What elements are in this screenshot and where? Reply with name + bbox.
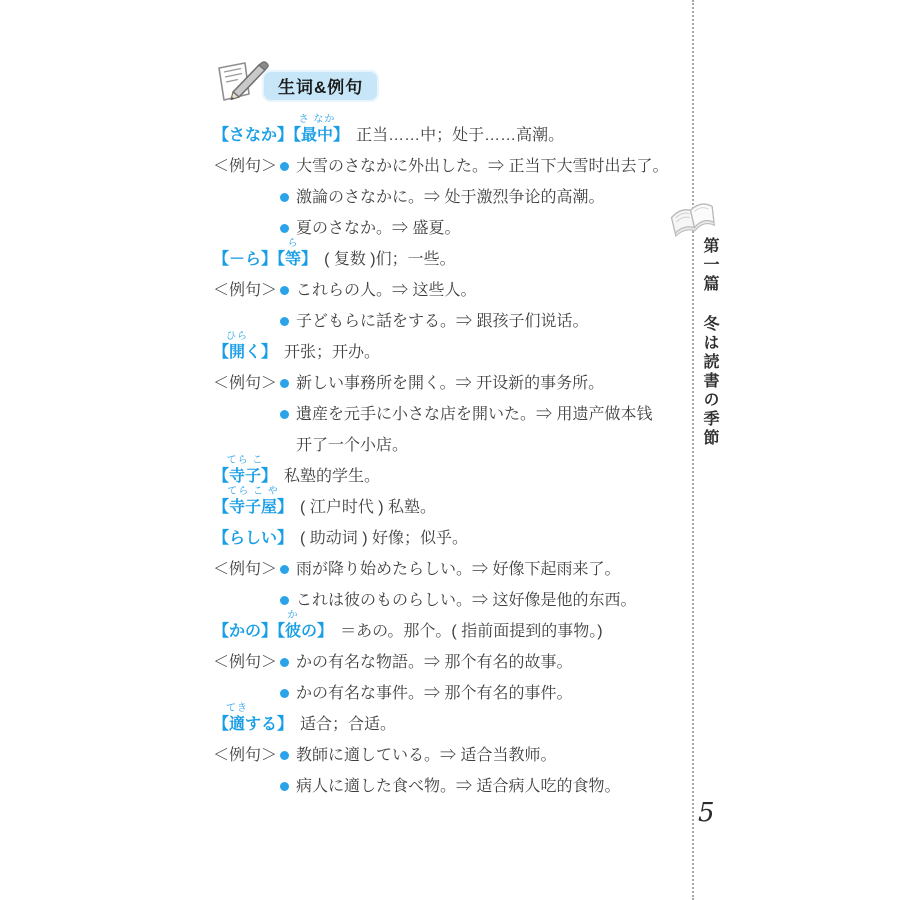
bullet-dot-icon <box>280 286 289 295</box>
definition: 开张；开办。 <box>284 344 380 361</box>
entry-headline: 【らしい】( 助动词 ) 好像；似乎。 <box>213 523 673 554</box>
headword: 【てら こ寺子】 <box>213 468 277 485</box>
entry-headline: 【－ら】【ら等】( 复数 )们；一些。 <box>213 244 673 275</box>
example-text: 夏のさなか。⇒ 盛夏。 <box>296 220 460 237</box>
example-text: これは彼のものらしい。⇒ 这好像是他的东西。 <box>296 592 636 609</box>
section-header: 生词&例句 <box>213 58 673 108</box>
bullet-dot-icon <box>280 193 289 202</box>
example-line: 教師に適している。⇒ 适合当教师。 <box>279 740 673 771</box>
headword: 【ら等】 <box>277 251 317 268</box>
example-group: ＜例句＞ 雨が降り始めたらしい。⇒ 好像下起雨来了。 これは彼のものらしい。⇒ … <box>213 554 673 616</box>
example-text: 开了一个小店。 <box>296 437 408 454</box>
definition: 正当……中；处于……高潮。 <box>356 127 564 144</box>
example-group: ＜例句＞ 新しい事務所を開く。⇒ 开设新的事务所。 遺産を元手に小さな店を開いた… <box>213 368 673 461</box>
headword: 【てき適する】 <box>213 716 293 733</box>
bullet-dot-icon <box>280 379 289 388</box>
example-line: 新しい事務所を開く。⇒ 开设新的事务所。 <box>279 368 673 399</box>
example-label: ＜例句＞ <box>213 647 279 709</box>
example-label: ＜例句＞ <box>213 740 279 802</box>
example-label: ＜例句＞ <box>213 275 279 337</box>
bullet-dot-icon <box>280 782 289 791</box>
bullet-dot-icon <box>280 224 289 233</box>
example-text: かの有名な事件。⇒ 那个有名的事件。 <box>296 685 572 702</box>
furigana: てき <box>226 704 248 714</box>
furigana: ひら <box>226 332 248 342</box>
headword: 【さ なか最中】 <box>293 127 349 144</box>
example-text: 激論のさなかに。⇒ 处于激烈争论的高潮。 <box>296 189 604 206</box>
main-content: 生词&例句 【さなか】【さ なか最中】正当……中；处于……高潮。 ＜例句＞ 大雪… <box>213 58 673 802</box>
example-group: ＜例句＞ 大雪のさなかに外出した。⇒ 正当下大雪时出去了。 激論のさなかに。⇒ … <box>213 151 673 244</box>
definition: 私塾的学生。 <box>284 468 380 485</box>
example-label: ＜例句＞ <box>213 368 279 461</box>
entry-headline: 【かの】【か彼の】＝あの。那个。( 指前面提到的事物。) <box>213 616 673 647</box>
headword: 【ひら開く】 <box>213 344 277 361</box>
example-text: 教師に適している。⇒ 适合当教师。 <box>296 747 556 764</box>
example-line: 激論のさなかに。⇒ 处于激烈争论的高潮。 <box>279 182 673 213</box>
example-label: ＜例句＞ <box>213 151 279 244</box>
entry-headline: 【てら こ や寺子屋】( 江户时代 ) 私塾。 <box>213 492 673 523</box>
book-page: 生词&例句 【さなか】【さ なか最中】正当……中；处于……高潮。 ＜例句＞ 大雪… <box>0 0 900 900</box>
example-line: 遺産を元手に小さな店を開いた。⇒ 用遗产做本钱 <box>279 399 673 430</box>
example-line: かの有名な物語。⇒ 那个有名的故事。 <box>279 647 673 678</box>
example-line: 大雪のさなかに外出した。⇒ 正当下大雪时出去了。 <box>279 151 673 182</box>
furigana: てら こ <box>227 456 264 466</box>
example-label: ＜例句＞ <box>213 554 279 616</box>
example-group: ＜例句＞ これらの人。⇒ 这些人。 子どもらに話をする。⇒ 跟孩子们说话。 <box>213 275 673 337</box>
headword: 【てら こ や寺子屋】 <box>213 499 293 516</box>
example-text: 遺産を元手に小さな店を開いた。⇒ 用遗产做本钱 <box>296 406 652 423</box>
bullet-dot-icon <box>280 689 289 698</box>
bullet-dot-icon <box>280 410 289 419</box>
entry-headline: 【さなか】【さ なか最中】正当……中；处于……高潮。 <box>213 120 673 151</box>
headword: 【らしい】 <box>213 530 293 547</box>
headword: 【か彼の】 <box>277 623 333 640</box>
definition: 适合；合适。 <box>300 716 396 733</box>
furigana: さ なか <box>299 115 336 125</box>
example-line-continuation: 开了一个小店。 <box>279 430 673 461</box>
entry-headline: 【てら こ寺子】私塾的学生。 <box>213 461 673 492</box>
definition: ＝あの。那个。( 指前面提到的事物。) <box>340 623 602 640</box>
example-group: ＜例句＞ 教師に適している。⇒ 适合当教师。 病人に適した食べ物。⇒ 适合病人吃… <box>213 740 673 802</box>
section-badge: 生词&例句 <box>262 70 379 102</box>
bullet-dot-icon <box>280 751 289 760</box>
furigana: か <box>288 611 299 621</box>
example-text: 病人に適した食べ物。⇒ 适合病人吃的食物。 <box>296 778 620 795</box>
example-text: 大雪のさなかに外出した。⇒ 正当下大雪时出去了。 <box>296 158 668 175</box>
bullet-dot-icon <box>280 596 289 605</box>
example-text: 子どもらに話をする。⇒ 跟孩子们说话。 <box>296 313 588 330</box>
furigana: ら <box>288 239 299 249</box>
bullet-dot-icon <box>280 317 289 326</box>
sidebar-chapter-title: 冬は読書の季節 <box>698 315 721 448</box>
example-text: 雨が降り始めたらしい。⇒ 好像下起雨来了。 <box>296 561 620 578</box>
bullet-dot-icon <box>280 565 289 574</box>
example-line: 子どもらに話をする。⇒ 跟孩子们说话。 <box>279 306 673 337</box>
sidebar-part-label: 第一篇 <box>698 237 721 294</box>
entry-headline: 【てき適する】适合；合适。 <box>213 709 673 740</box>
section-badge-label: 生词&例句 <box>278 78 363 97</box>
bullet-dot-icon <box>280 658 289 667</box>
open-book-icon <box>663 188 721 243</box>
definition: ( 助动词 ) 好像；似乎。 <box>300 530 468 547</box>
example-line: かの有名な事件。⇒ 那个有名的事件。 <box>279 678 673 709</box>
example-text: 新しい事務所を開く。⇒ 开设新的事务所。 <box>296 375 604 392</box>
example-text: かの有名な物語。⇒ 那个有名的故事。 <box>296 654 572 671</box>
example-line: 雨が降り始めたらしい。⇒ 好像下起雨来了。 <box>279 554 673 585</box>
example-line: これらの人。⇒ 这些人。 <box>279 275 673 306</box>
bullet-dot-icon <box>280 162 289 171</box>
furigana: てら こ や <box>227 487 279 497</box>
headword: 【－ら】 <box>213 251 277 268</box>
example-text: これらの人。⇒ 这些人。 <box>296 282 476 299</box>
definition: ( 复数 )们；一些。 <box>324 251 456 268</box>
definition: ( 江户时代 ) 私塾。 <box>300 499 436 516</box>
page-number: 5 <box>698 798 715 828</box>
entry-headline: 【ひら開く】开张；开办。 <box>213 337 673 368</box>
example-line: 病人に適した食べ物。⇒ 适合病人吃的食物。 <box>279 771 673 802</box>
example-group: ＜例句＞ かの有名な物語。⇒ 那个有名的故事。 かの有名な事件。⇒ 那个有名的事… <box>213 647 673 709</box>
example-line: 夏のさなか。⇒ 盛夏。 <box>279 213 673 244</box>
example-line: これは彼のものらしい。⇒ 这好像是他的东西。 <box>279 585 673 616</box>
headword: 【かの】 <box>213 623 277 640</box>
dotted-divider <box>692 0 694 900</box>
headword: 【さなか】 <box>213 127 293 144</box>
